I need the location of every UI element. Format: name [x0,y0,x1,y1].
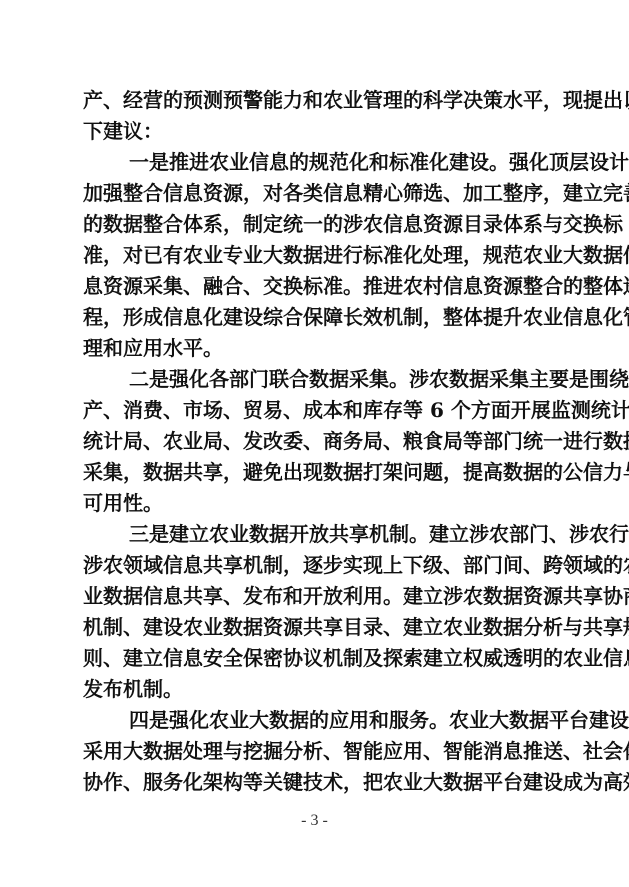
text-line: 息资源采集、融合、交换标准。推进农村信息资源整合的整体进 [83,271,549,302]
body-text: 产、经营的预测预警能力和农业管理的科学决策水平，现提出以 下建议： 一是推进农业… [83,85,549,798]
text-line: 下建议： [83,116,549,147]
text-line: 程，形成信息化建设综合保障长效机制，整体提升农业信息化管 [83,302,549,333]
text-line: 可用性。 [83,488,549,519]
text-line: 发布机制。 [83,674,549,705]
text-line: 的数据整合体系，制定统一的涉农信息资源目录体系与交换标 [83,209,549,240]
paragraph-2-heading-line: 二是强化各部门联合数据采集。涉农数据采集主要是围绕生 [83,364,549,395]
text-line: 涉农领域信息共享机制，逐步实现上下级、部门间、跨领域的农 [83,550,549,581]
text-line: 采用大数据处理与挖掘分析、智能应用、智能消息推送、社会化 [83,736,549,767]
text-line: 加强整合信息资源，对各类信息精心筛选、加工整序，建立完善 [83,178,549,209]
text-line: 则、建立信息安全保密协议机制及探索建立权威透明的农业信息 [83,643,549,674]
paragraph-1-heading-line: 一是推进农业信息的规范化和标准化建设。强化顶层设计， [83,147,549,178]
text-line: 准，对已有农业专业大数据进行标准化处理，规范农业大数据信 [83,240,549,271]
paragraph-4-heading-line: 四是强化农业大数据的应用和服务。农业大数据平台建设要 [83,705,549,736]
text-line: 业数据信息共享、发布和开放利用。建立涉农数据资源共享协商 [83,581,549,612]
paragraph-3-heading-line: 三是建立农业数据开放共享机制。建立涉农部门、涉农行业、 [83,519,549,550]
text-line: 统计局、农业局、发改委、商务局、粮食局等部门统一进行数据 [83,426,549,457]
document-page: 产、经营的预测预警能力和农业管理的科学决策水平，现提出以 下建议： 一是推进农业… [0,0,629,887]
page-number: - 3 - [0,812,629,830]
text-line: 产、消费、市场、贸易、成本和库存等 6 个方面开展监测统计。 [83,395,549,426]
text-line: 理和应用水平。 [83,333,549,364]
text-line: 采集，数据共享，避免出现数据打架问题，提高数据的公信力与 [83,457,549,488]
text-line: 机制、建设农业数据资源共享目录、建立农业数据分析与共享规 [83,612,549,643]
text-line: 协作、服务化架构等关键技术，把农业大数据平台建设成为高效 [83,767,549,798]
text-line: 产、经营的预测预警能力和农业管理的科学决策水平，现提出以 [83,85,549,116]
